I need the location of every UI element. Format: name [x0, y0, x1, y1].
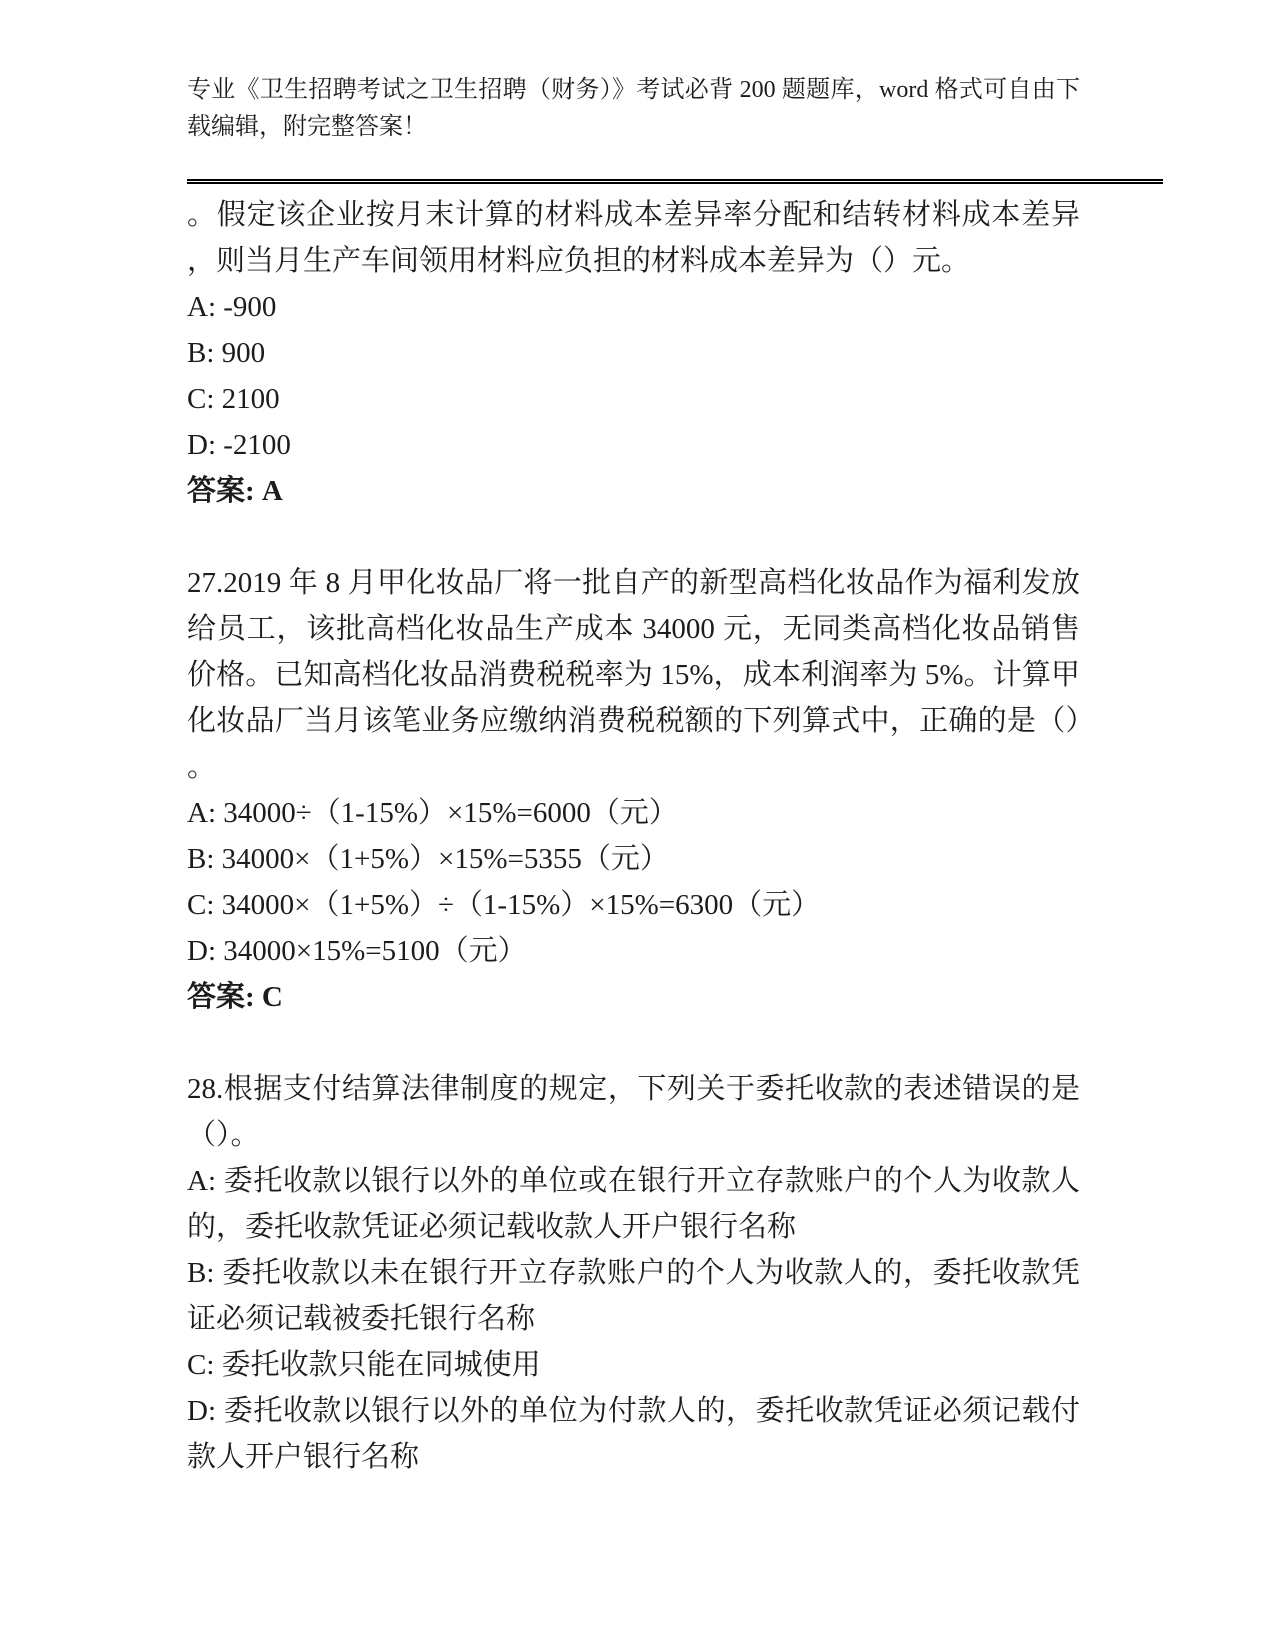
option-b: B: 900 — [187, 330, 1080, 376]
question-stem: 。假定该企业按月末计算的材料成本差异率分配和结转材料成本差异，则当月生产车间领用… — [187, 192, 1080, 284]
option-b: B: 34000×（1+5%）×15%=5355（元） — [187, 836, 1080, 882]
option-a: A: -900 — [187, 284, 1080, 330]
option-a: A: 委托收款以银行以外的单位或在银行开立存款账户的个人为收款人的，委托收款凭证… — [187, 1158, 1080, 1250]
question-stem: 28.根据支付结算法律制度的规定，下列关于委托收款的表述错误的是（）。 — [187, 1066, 1080, 1158]
page-header: 专业《卫生招聘考试之卫生招聘（财务）》考试必背 200 题题库，word 格式可… — [187, 72, 1080, 146]
question-block-28: 28.根据支付结算法律制度的规定，下列关于委托收款的表述错误的是（）。 A: 委… — [187, 1066, 1080, 1480]
question-stem: 27.2019 年 8 月甲化妆品厂将一批自产的新型高档化妆品作为福利发放给员工… — [187, 560, 1080, 790]
option-c: C: 34000×（1+5%）÷（1-15%）×15%=6300（元） — [187, 882, 1080, 928]
answer-line: 答案: A — [187, 468, 1080, 514]
option-d: D: -2100 — [187, 422, 1080, 468]
question-block-26-continued: 。假定该企业按月末计算的材料成本差异率分配和结转材料成本差异，则当月生产车间领用… — [187, 192, 1080, 514]
option-d: D: 34000×15%=5100（元） — [187, 928, 1080, 974]
option-c: C: 2100 — [187, 376, 1080, 422]
document-page: 专业《卫生招聘考试之卫生招聘（财务）》考试必背 200 题题库，word 格式可… — [0, 0, 1275, 1650]
header-divider — [187, 179, 1163, 184]
header-text: 专业《卫生招聘考试之卫生招聘（财务）》考试必背 200 题题库，word 格式可… — [187, 72, 1080, 146]
option-a: A: 34000÷（1-15%）×15%=6000（元） — [187, 790, 1080, 836]
option-c: C: 委托收款只能在同城使用 — [187, 1342, 1080, 1388]
option-d: D: 委托收款以银行以外的单位为付款人的，委托收款凭证必须记载付款人开户银行名称 — [187, 1388, 1080, 1480]
document-body: 。假定该企业按月末计算的材料成本差异率分配和结转材料成本差异，则当月生产车间领用… — [187, 192, 1080, 1480]
answer-line: 答案: C — [187, 974, 1080, 1020]
option-b: B: 委托收款以未在银行开立存款账户的个人为收款人的，委托收款凭证必须记载被委托… — [187, 1250, 1080, 1342]
question-block-27: 27.2019 年 8 月甲化妆品厂将一批自产的新型高档化妆品作为福利发放给员工… — [187, 560, 1080, 1020]
